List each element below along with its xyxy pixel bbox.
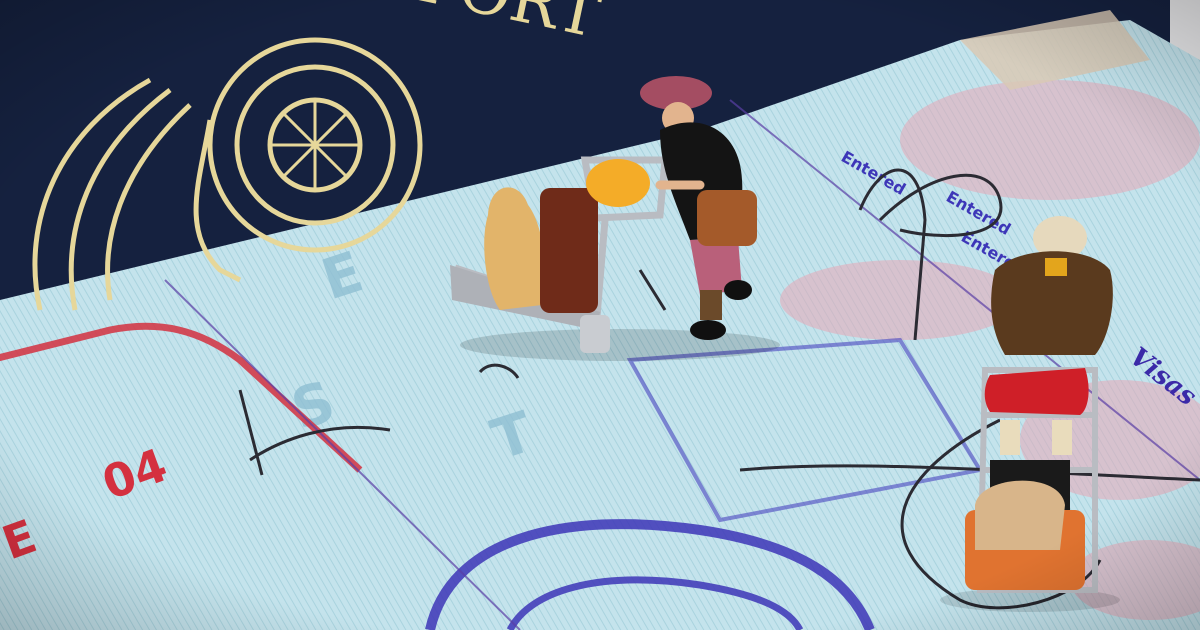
passport-photo: E S T PORT 04 E bbox=[0, 0, 1200, 630]
photo-illustration: E S T PORT 04 E bbox=[0, 0, 1200, 630]
